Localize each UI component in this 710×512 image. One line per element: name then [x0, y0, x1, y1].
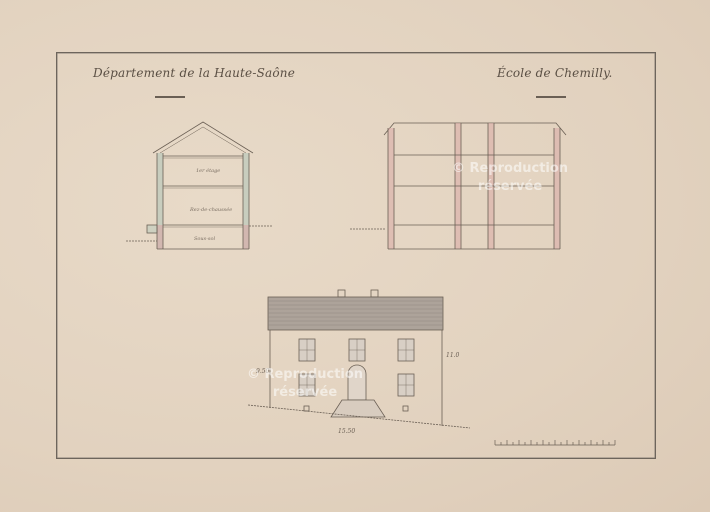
facade-drawing [248, 290, 470, 428]
room-label-basement: Sous-sol [194, 236, 215, 242]
watermark-line2: réservée [245, 384, 365, 402]
architectural-drawings [0, 0, 710, 512]
cross-section-drawing [126, 122, 272, 249]
watermark-line2: réservée [450, 178, 570, 196]
watermark-line1: © Reproduction [245, 366, 365, 384]
watermark-lower: © Reproduction réservée [245, 366, 365, 402]
facade-bottom-dimension: 15.50 [338, 428, 355, 435]
room-label-ground-floor: Rez-de-chaussée [190, 207, 232, 213]
watermark-line1: © Reproduction [450, 160, 570, 178]
facade-right-dimension: 11.0 [446, 352, 459, 359]
watermark-upper: © Reproduction réservée [450, 160, 570, 196]
scale-bar [495, 440, 615, 445]
room-label-first-floor: 1er étage [196, 168, 220, 174]
